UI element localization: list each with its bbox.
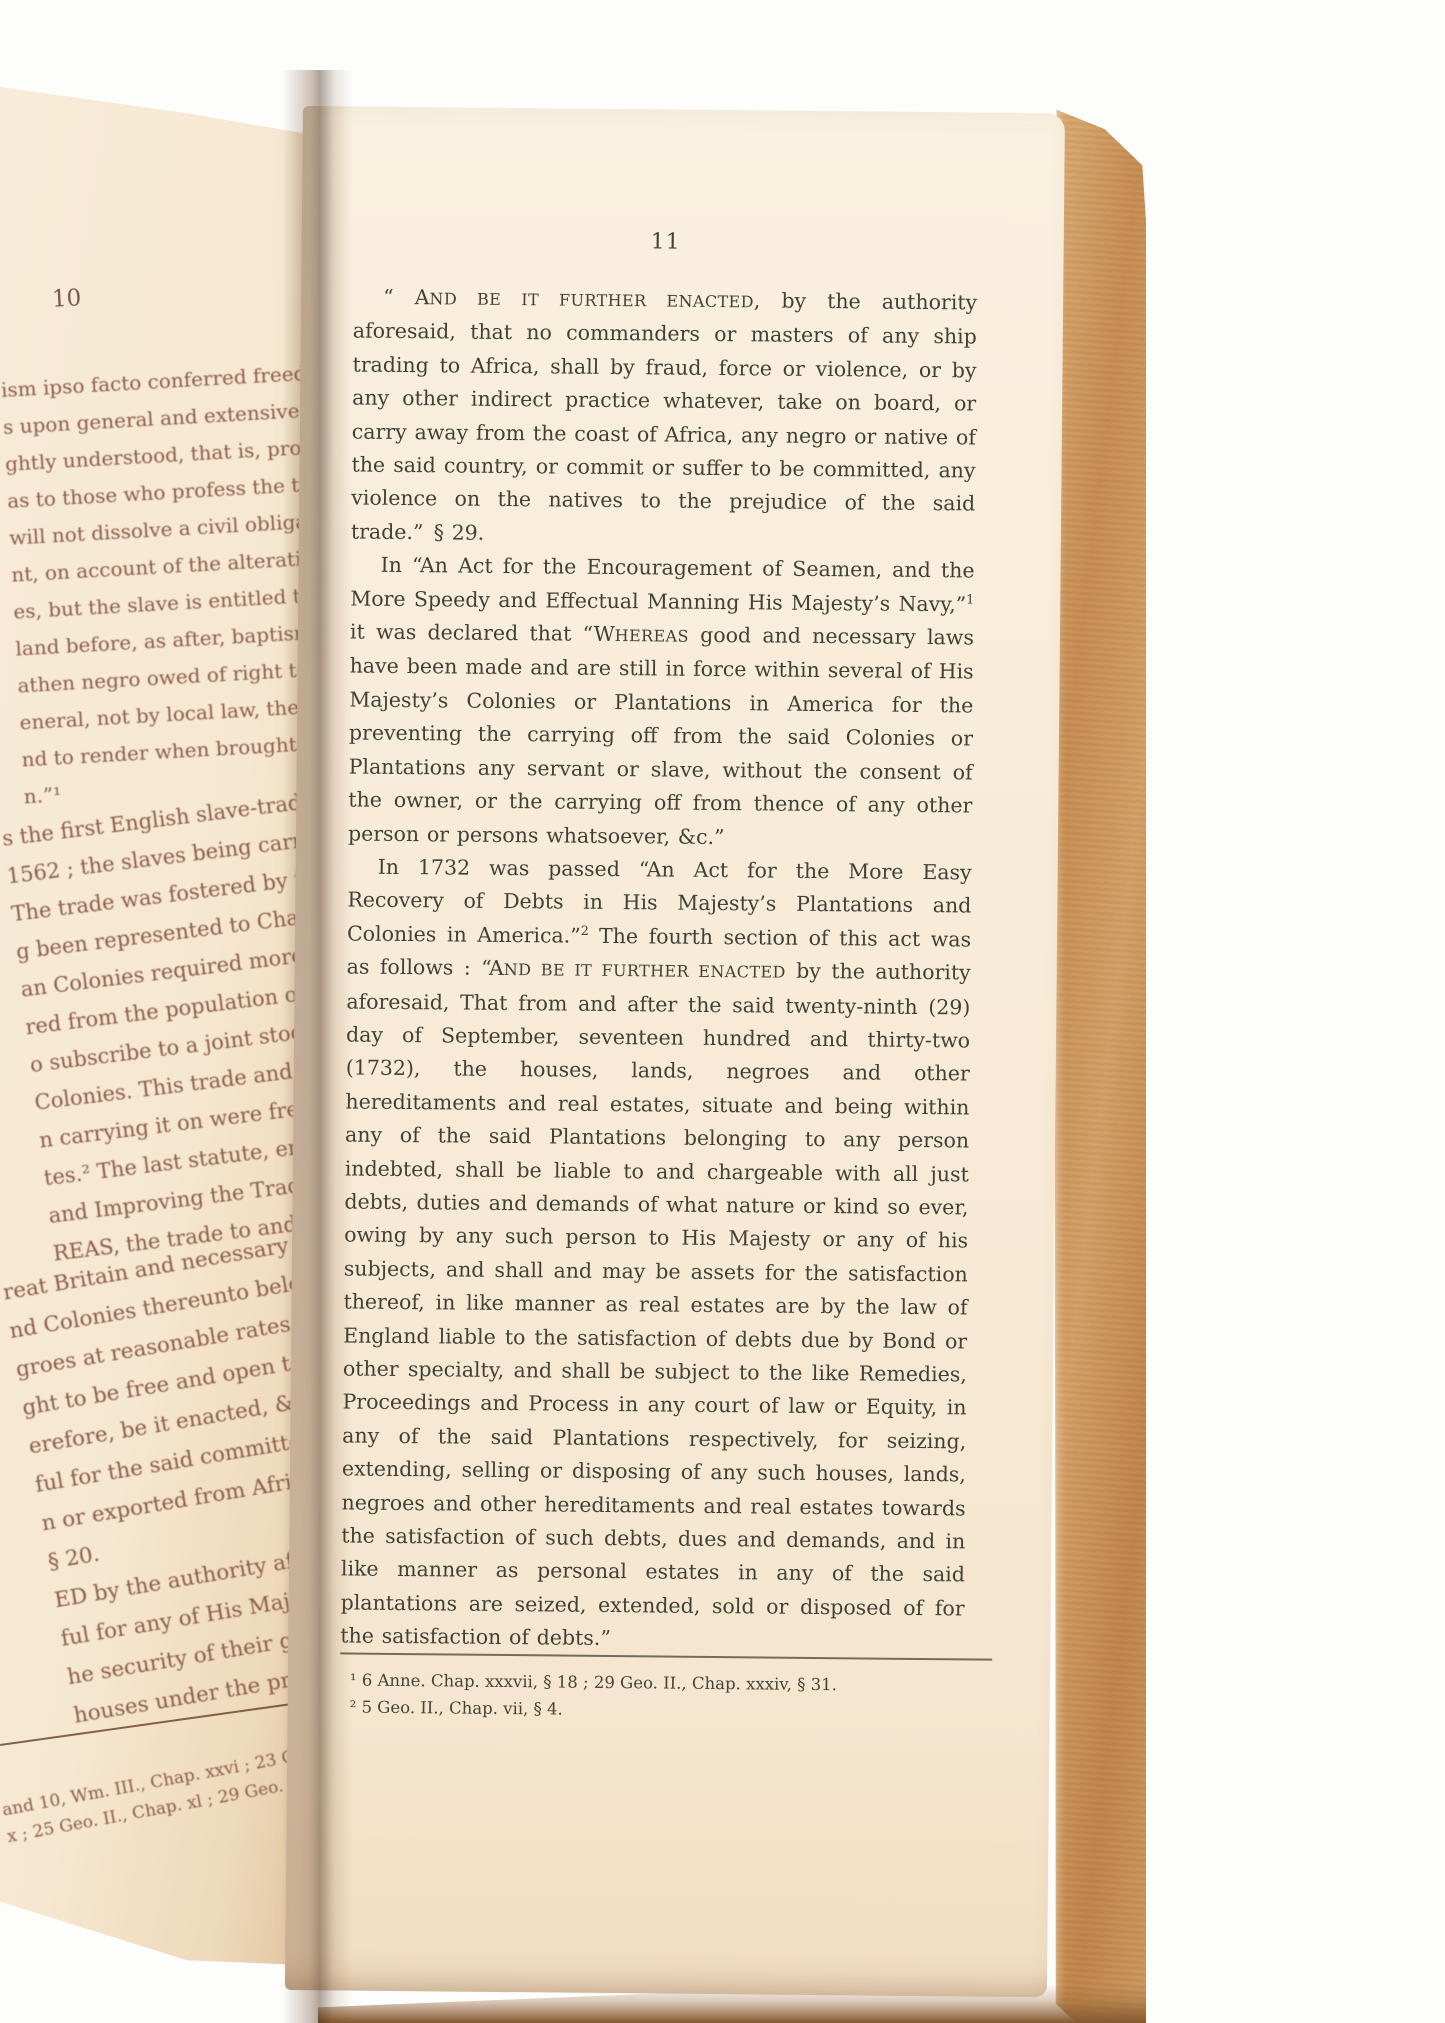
paragraph-1732-recovery-of-debts: In 1732 was passed “An Act for the More … [340,850,972,1659]
paragraph-further-enacted-s29: “ AND BE IT FURTHER ENACTED, by the auth… [351,280,978,554]
open-book-photo: 10 ism ipso facto conferred freedoms upo… [0,0,1445,2023]
left-page-footnotes: and 10, Wm. III., Chap. xxvi ; 23 Geo. I… [0,1740,324,1851]
right-page-footnotes: ¹ 6 Anne. Chap. xxxvii, § 18 ; 29 Geo. I… [350,1667,990,1727]
right-page-text: “ AND BE IT FURTHER ENACTED, by the auth… [340,280,977,1659]
paragraph-encouragement-of-seamen: In “An Act for the Encouragement of Seam… [348,549,975,857]
right-page-number: 11 [354,226,978,257]
left-page-number: 10 [51,285,82,312]
right-page: 11 “ AND BE IT FURTHER ENACTED, by the a… [285,106,1065,1997]
book-fore-edge [1054,106,1146,2023]
left-page-text-block-top: ism ipso facto conferred freedoms upon g… [0,354,344,815]
